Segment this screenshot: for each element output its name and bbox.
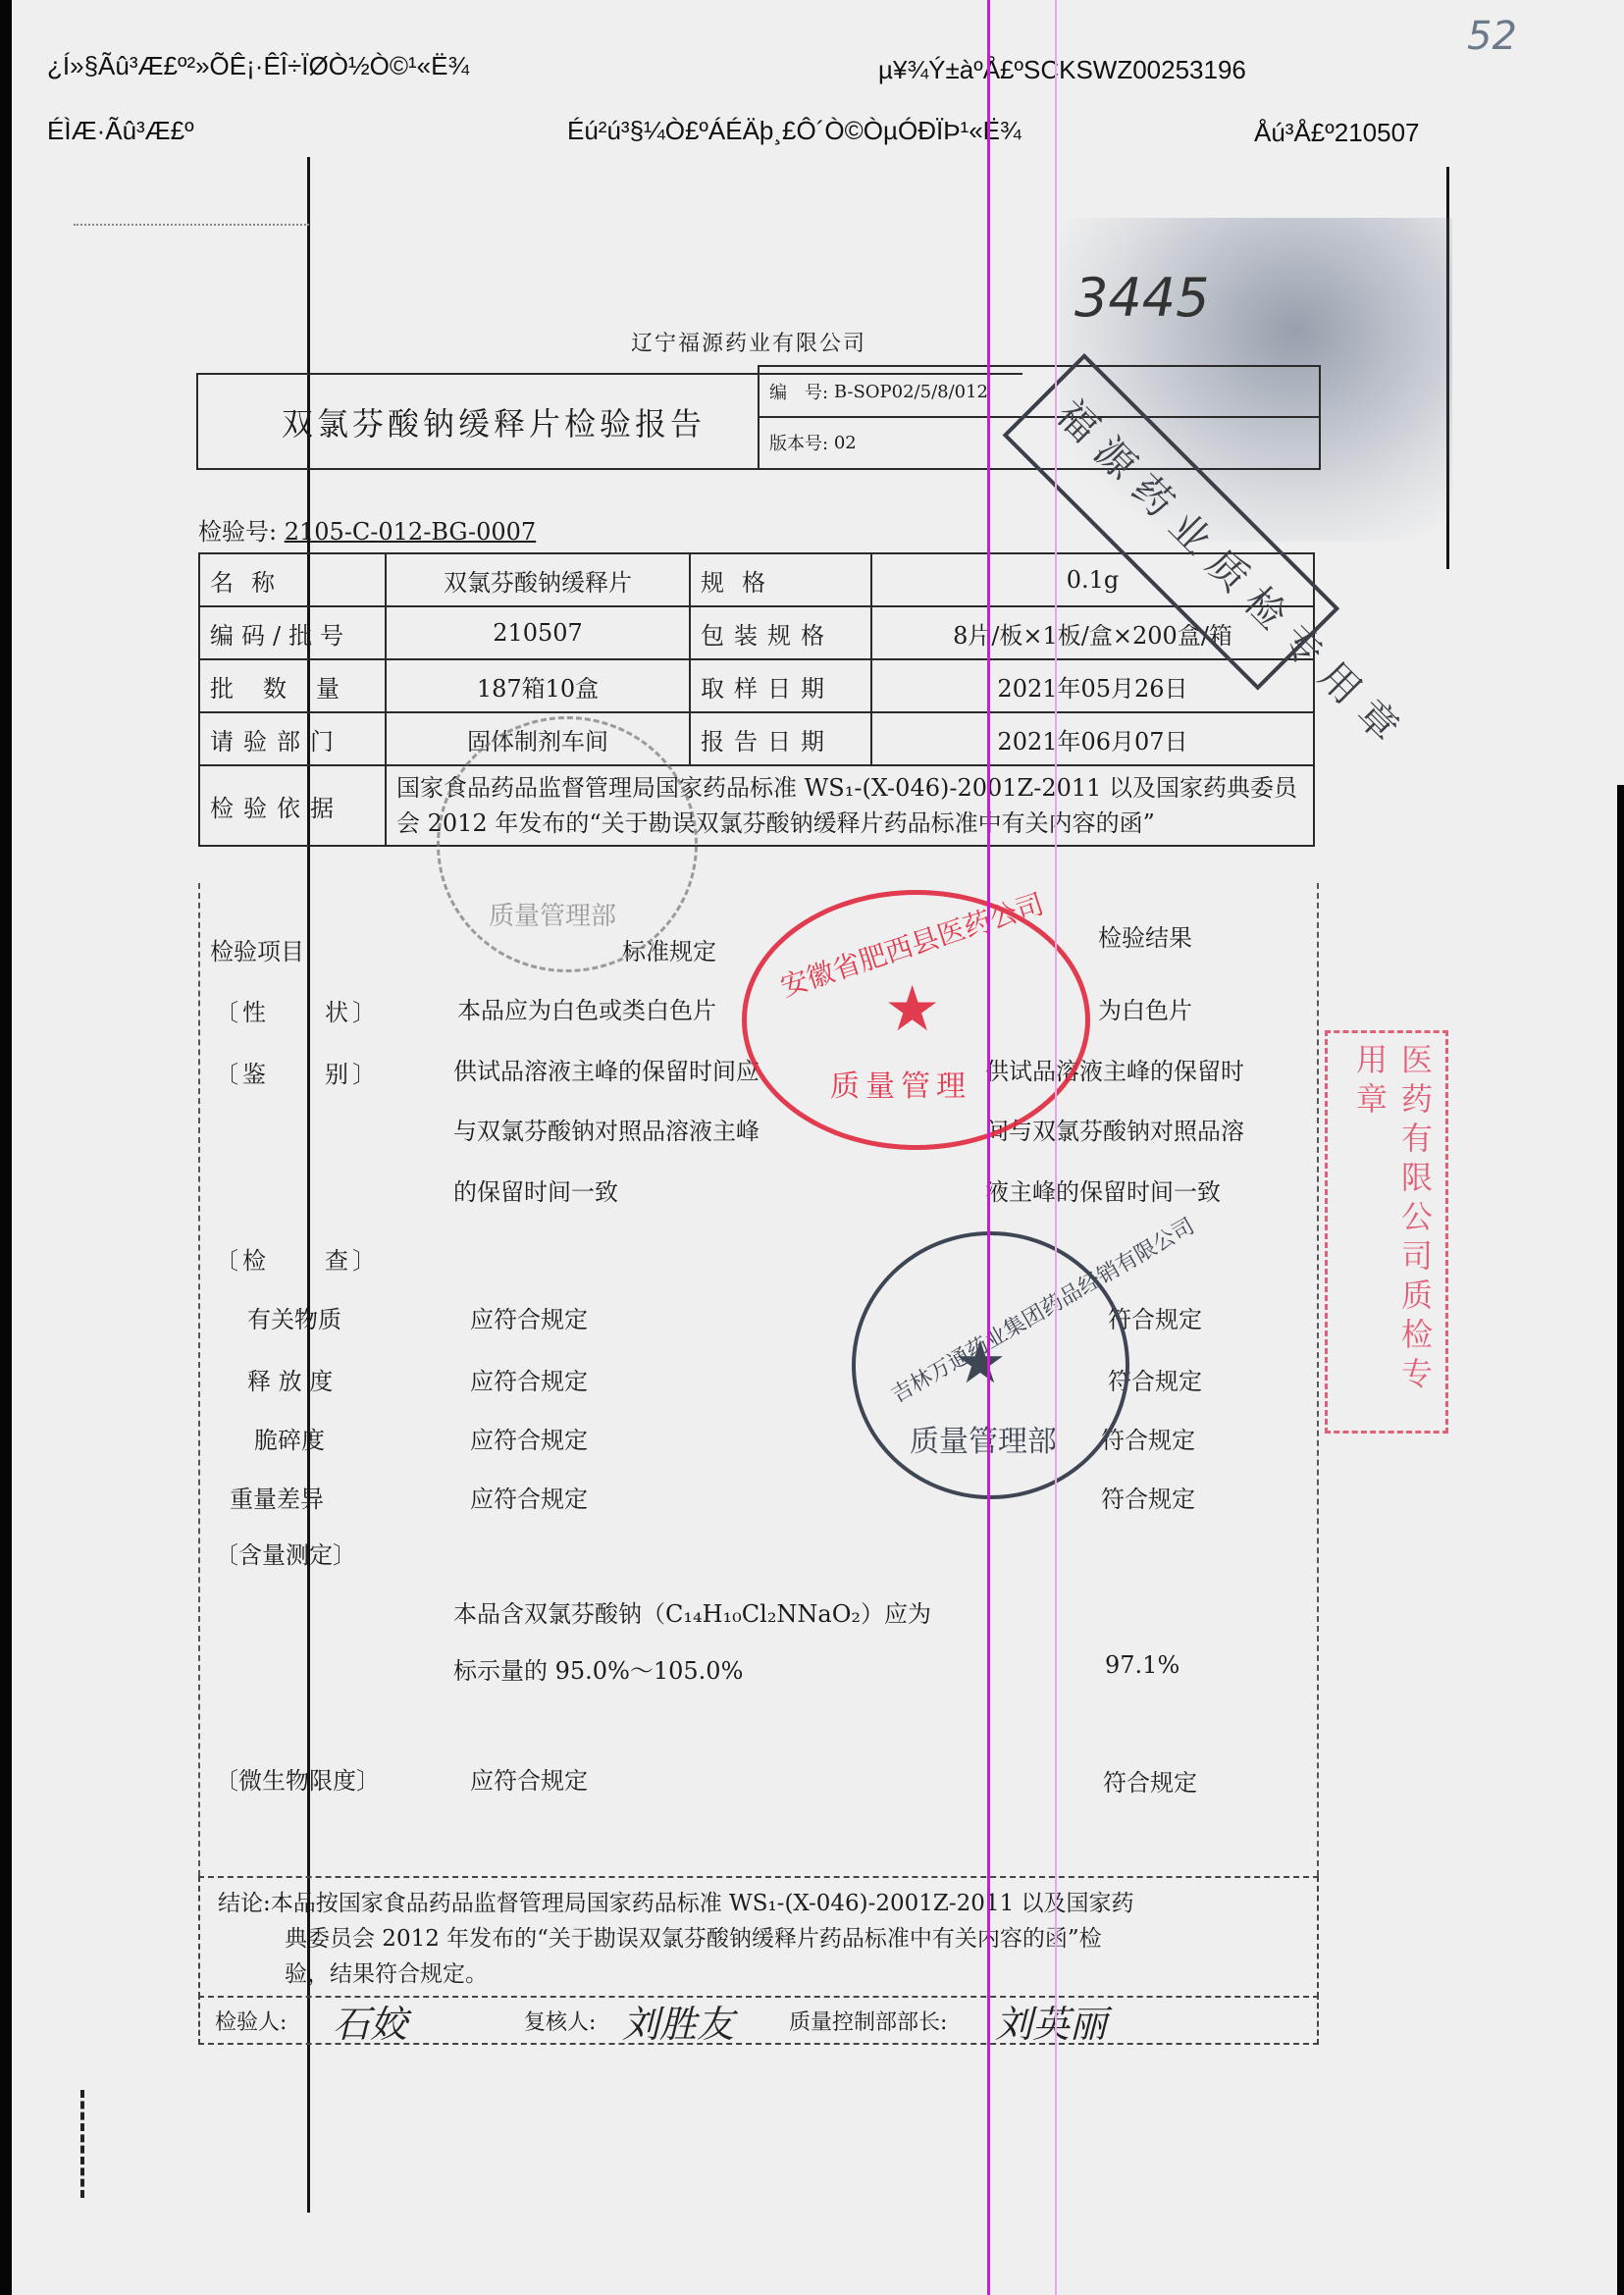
item-friability: 脆碎度 bbox=[254, 1421, 325, 1455]
doc-code-label: 编 号: bbox=[769, 379, 828, 404]
value-batch: 210507 bbox=[386, 606, 690, 659]
standard-microbial: 应符合规定 bbox=[470, 1761, 588, 1796]
item-microbial: 〔微生物限度〕 bbox=[215, 1761, 380, 1796]
result-identification-3: 液主峰的保留时间一致 bbox=[985, 1173, 1221, 1207]
garbled-batch-no: Åú³Å£º210507 bbox=[1254, 118, 1420, 148]
signature-row: 检验人: 石姣 复核人: 刘胜友 质量控制部部长: 刘英丽 bbox=[198, 1994, 1319, 2045]
garbled-manufacturer: Éú²ú³§¼Ò£ºÁÉÄþ¸£Ô´Ò©ÒµÓÐÏÞ¹«Ë¾ bbox=[567, 116, 1022, 146]
label-department: 请验部门 bbox=[199, 712, 386, 765]
header-result: 检验结果 bbox=[1098, 918, 1192, 953]
guide-line-magenta bbox=[987, 0, 990, 2295]
garbled-product-label: ÉÌÆ·Ãû³Æ£º bbox=[47, 116, 194, 146]
info-table: 名称 双氯芬酸钠缓释片 规格 0.1g 编码/批号 210507 包装规格 8片… bbox=[198, 552, 1315, 847]
table-row: 请验部门 固体制剂车间 报告日期 2021年06月07日 bbox=[199, 712, 1314, 765]
reviewer-signature: 刘胜友 bbox=[622, 1994, 734, 2048]
label-basis: 检验依据 bbox=[199, 765, 386, 846]
item-weight-variation: 重量差异 bbox=[230, 1480, 324, 1514]
handwritten-number: 3445 bbox=[1074, 267, 1209, 329]
blue-round-stamp: 吉林万通药业集团药品经销有限公司 ★ 质量管理部 bbox=[852, 1231, 1129, 1499]
header-item: 检验项目 bbox=[210, 932, 304, 966]
result-microbial: 符合规定 bbox=[1103, 1763, 1197, 1798]
standard-friability: 应符合规定 bbox=[470, 1421, 588, 1455]
inspector-signature: 石姣 bbox=[333, 1994, 407, 2048]
standard-weight-variation: 应符合规定 bbox=[470, 1480, 588, 1514]
value-quantity: 187箱10盒 bbox=[386, 659, 690, 712]
inspection-number-value: 2105-C-012-BG-0007 bbox=[285, 518, 536, 546]
label-name: 名称 bbox=[199, 553, 386, 606]
report-title: 双氯芬酸钠缓释片检验报告 bbox=[282, 399, 706, 444]
label-report-date: 报告日期 bbox=[690, 712, 871, 765]
standard-related-substances: 应符合规定 bbox=[470, 1300, 588, 1334]
gray-stamp-text: 质量管理部 bbox=[489, 896, 616, 932]
garbled-invoice-no: µ¥¾Ý±àºÅ£ºSCKSWZ00253196 bbox=[878, 55, 1246, 85]
result-friability: 符合规定 bbox=[1101, 1421, 1195, 1455]
value-name: 双氯芬酸钠缓释片 bbox=[386, 553, 690, 606]
result-weight-variation: 符合规定 bbox=[1101, 1480, 1195, 1514]
standard-assay-2: 标示量的 95.0%～105.0% bbox=[453, 1651, 743, 1686]
company-name: 辽宁福源药业有限公司 bbox=[631, 327, 866, 357]
scan-left-edge bbox=[0, 0, 12, 2295]
conclusion-line-3: 验，结果符合规定。 bbox=[218, 1956, 1307, 1992]
conclusion-box: 结论:本品按国家食品药品监督管理局国家药品标准 WS₁-(X-046)-2001… bbox=[198, 1876, 1319, 1998]
standard-assay-1: 本品含双氯芬酸钠（C₁₄H₁₀Cl₂NNaO₂）应为 bbox=[453, 1594, 931, 1629]
standard-identification-2: 与双氯芬酸钠对照品溶液主峰 bbox=[453, 1112, 760, 1146]
doc-code-value: B-SOP02/5/8/012 bbox=[834, 382, 988, 402]
conclusion-line-2: 典委员会 2012 年发布的“关于勘误双氯芬酸钠缓释片药品标准中有关内容的函”检 bbox=[218, 1921, 1307, 1956]
scan-dash-mark bbox=[80, 2090, 90, 2198]
label-quantity: 批数量 bbox=[199, 659, 386, 712]
label-spec: 规格 bbox=[690, 553, 871, 606]
inspection-number-label: 检验号: bbox=[198, 518, 277, 546]
item-related-substances: 有关物质 bbox=[247, 1300, 341, 1334]
standard-dissolution: 应符合规定 bbox=[470, 1362, 588, 1396]
inspector-label: 检验人: bbox=[215, 2006, 287, 2036]
result-appearance: 为白色片 bbox=[1098, 991, 1192, 1025]
gray-round-stamp: 质量管理部 bbox=[437, 716, 698, 972]
conclusion-text: 结论:本品按国家食品药品监督管理局国家药品标准 WS₁-(X-046)-2001… bbox=[218, 1886, 1307, 1992]
qc-head-label: 质量控制部部长: bbox=[789, 2006, 947, 2036]
blue-star-icon: ★ bbox=[954, 1329, 1007, 1397]
item-identification: 〔鉴 别〕 bbox=[215, 1055, 380, 1089]
red-rect-stamp: 医药有限公司质检专用章 bbox=[1325, 1030, 1448, 1434]
label-batch: 编码/批号 bbox=[199, 606, 386, 659]
doc-version-value: 02 bbox=[834, 433, 857, 453]
table-row: 检验依据 国家食品药品监督管理局国家药品标准 WS₁-(X-046)-2001Z… bbox=[199, 765, 1314, 846]
inspection-number: 检验号: 2105-C-012-BG-0007 bbox=[198, 512, 536, 547]
red-rect-stamp-text: 医药有限公司质检专用章 bbox=[1347, 1043, 1438, 1431]
table-row: 批数量 187箱10盒 取样日期 2021年05月26日 bbox=[199, 659, 1314, 712]
label-sample-date: 取样日期 bbox=[690, 659, 871, 712]
result-assay: 97.1% bbox=[1105, 1651, 1179, 1679]
standard-identification-1: 供试品溶液主峰的保留时间应 bbox=[453, 1052, 760, 1086]
conclusion-line-1: 本品按国家食品药品监督管理局国家药品标准 WS₁-(X-046)-2001Z-2… bbox=[271, 1891, 1134, 1916]
scan-top-dots bbox=[74, 224, 309, 228]
blue-stamp-center-text: 质量管理部 bbox=[910, 1417, 1057, 1460]
item-dissolution: 释 放 度 bbox=[247, 1362, 333, 1396]
standard-appearance: 本品应为白色或类白色片 bbox=[457, 991, 716, 1025]
item-appearance: 〔性 状〕 bbox=[215, 993, 380, 1027]
scan-right-edge bbox=[1617, 785, 1624, 2295]
red-stamp-center-text: 质量管理 bbox=[830, 1062, 971, 1105]
guide-line-pink bbox=[1055, 0, 1057, 2295]
standard-identification-3: 的保留时间一致 bbox=[453, 1173, 618, 1207]
conclusion-label: 结论: bbox=[218, 1891, 271, 1916]
label-package: 包装规格 bbox=[690, 606, 871, 659]
reviewer-label: 复核人: bbox=[524, 2006, 596, 2036]
qc-head-signature: 刘英丽 bbox=[995, 1994, 1107, 2048]
red-oval-stamp: 安徽省肥西县医药公司 ★ 质量管理 bbox=[742, 890, 1090, 1150]
item-tests: 〔检 查〕 bbox=[215, 1241, 380, 1276]
page-mark: 52 bbox=[1467, 14, 1517, 59]
item-assay: 〔含量测定〕 bbox=[215, 1536, 356, 1570]
doc-version-label: 版本号: bbox=[769, 430, 828, 455]
red-star-icon: ★ bbox=[884, 973, 940, 1046]
table-row: 编码/批号 210507 包装规格 8片/板×1板/盒×200盒/箱 bbox=[199, 606, 1314, 659]
value-report-date: 2021年06月07日 bbox=[871, 712, 1314, 765]
garbled-customer-line: ¿Í»§Ãû³Æ£º²»ÕÊ¡·ÊÎ÷ÏØÒ½Ò©¹«Ë¾ bbox=[47, 51, 469, 81]
